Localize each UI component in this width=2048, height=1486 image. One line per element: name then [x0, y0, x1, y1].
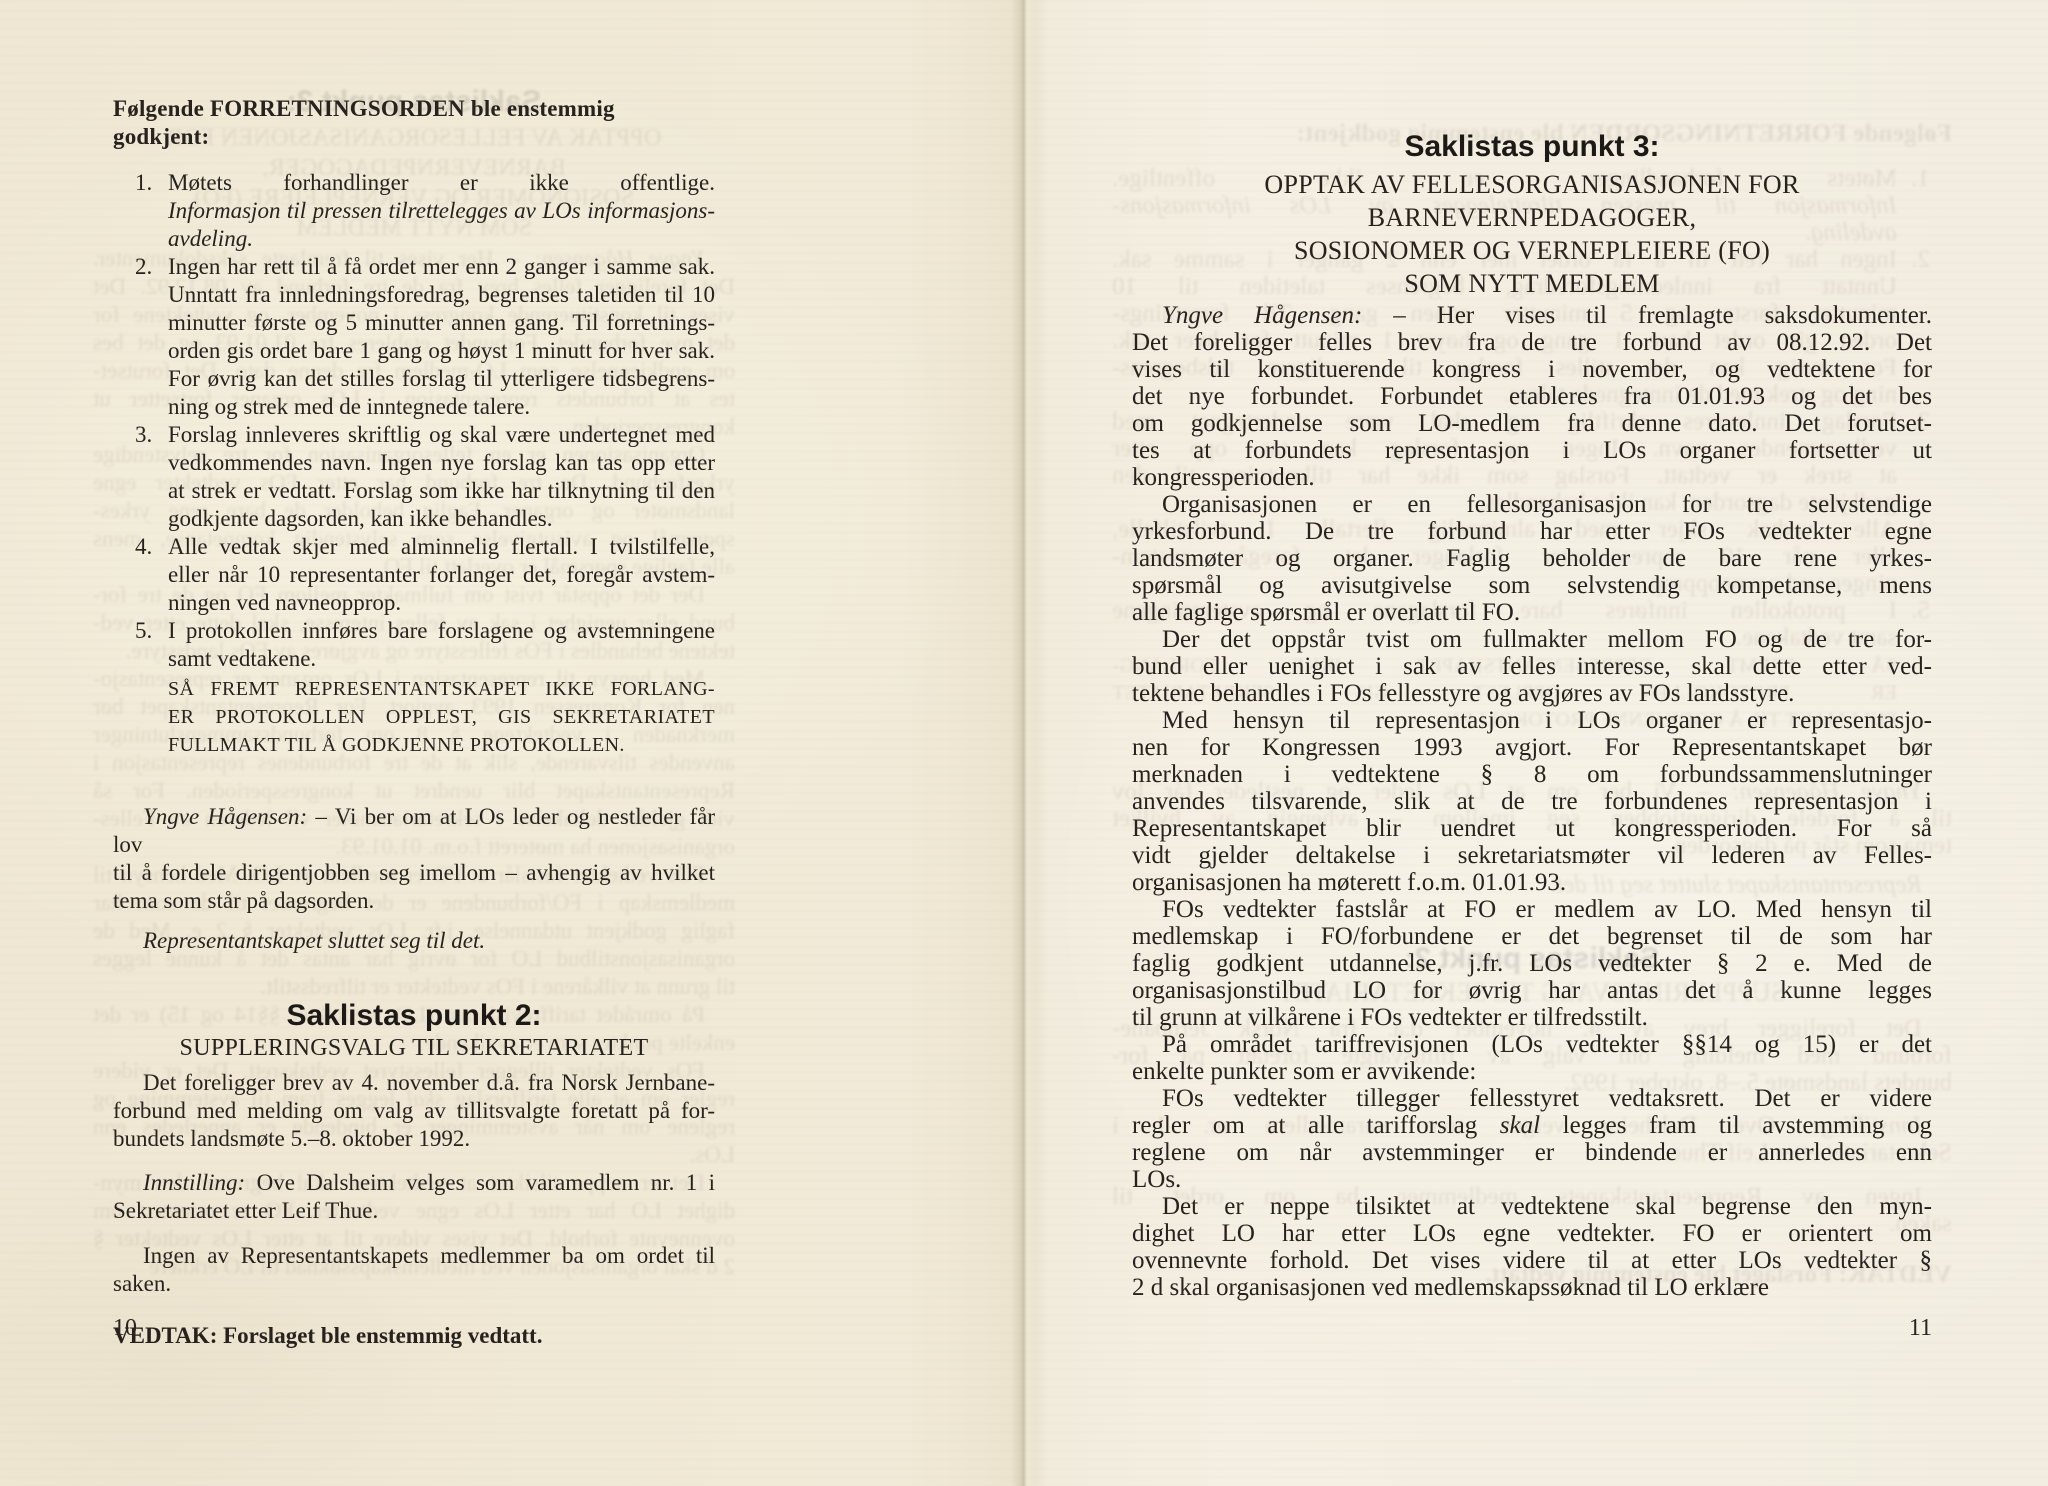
paragraph-line: reglene om når avstemminger er bindende …: [1132, 1139, 1932, 1166]
paragraph-line: bundets landsmøte 5.–8. oktober 1992.: [113, 1125, 715, 1153]
scanned-book-spread: { "document": { "kind": "scanned meeting…: [0, 0, 2048, 1486]
list-item-line: Møtets forhandlinger er ikke offentlige.: [168, 169, 715, 197]
list-item-line: vedkommendes navn. Ingen nye forslag kan…: [168, 449, 715, 477]
paragraph-line: Yngve Hågensen: – Her vises til fremlagt…: [1132, 302, 1932, 329]
right-page-text-column: Saklistas punkt 3:OPPTAK AV FELLESORGANI…: [1132, 130, 1932, 1301]
paragraph-line: vises til konstituerende kongress i nove…: [1132, 356, 1932, 383]
list-item-line: minutter første og 5 minutter annen gang…: [168, 309, 715, 337]
numbered-list-item: 1.Møtets forhandlinger er ikke offentlig…: [113, 169, 715, 253]
paragraph-line: tes at forbundets representasjon i LOs o…: [1132, 437, 1932, 464]
paragraph: Der det oppstår tvist om fullmakter mell…: [1132, 626, 1932, 707]
list-item-number: 1.: [135, 169, 152, 197]
list-item-line: I protokollen innføres bare forslagene o…: [168, 617, 715, 645]
paragraph-line: regler om at alle tarifforslag skal legg…: [1132, 1112, 1932, 1139]
list-item-line: eller når 10 representanter forlanger de…: [168, 561, 715, 589]
capitalized-resolution-text: SÅ FREMT REPRESENTANTSKAPET IKKE FORLANG…: [113, 675, 715, 759]
agenda-item-heading: Saklistas punkt 2:: [113, 999, 715, 1033]
list-item-line: Informasjon til pressen tilrettelegges a…: [168, 197, 715, 225]
paragraph-line: Det foreligger brev av 4. november d.å. …: [113, 1069, 715, 1097]
paragraph-line: tektene behandles i FOs fellesstyre og a…: [1132, 680, 1932, 707]
paragraph: Yngve Hågensen: – Vi ber om at LOs leder…: [113, 803, 715, 915]
paragraph: Innstilling: Ove Dalsheim velges som var…: [113, 1169, 715, 1225]
paragraph-line: om godkjennelse som LO-medlem fra denne …: [1132, 410, 1932, 437]
list-item-line: Forslag innleveres skriftlig og skal vær…: [168, 421, 715, 449]
paragraph-line: medlemskap i FO/forbundene er det begren…: [1132, 923, 1932, 950]
list-item-line: orden gis ordet bare 1 gang og høyst 1 m…: [168, 337, 715, 365]
paragraph-line: FOs vedtekter fastslår at FO er medlem a…: [1132, 896, 1932, 923]
paragraph-line: Representantskapet sluttet seg til det.: [113, 927, 715, 955]
page-number-right: 11: [1132, 1315, 1932, 1342]
book-gutter-crease: [1010, 0, 1036, 1486]
caps-line: SÅ FREMT REPRESENTANTSKAPET IKKE FORLANG…: [168, 675, 715, 703]
list-item-line: avdeling.: [168, 225, 715, 253]
paragraph-line: FOs vedtekter tillegger fellesstyret ved…: [1132, 1085, 1932, 1112]
list-item-line: Alle vedtak skjer med alminnelig flertal…: [168, 533, 715, 561]
numbered-list-item: 2.Ingen har rett til å få ordet mer enn …: [113, 253, 715, 421]
paragraph-line: organisasjonen ha møterett f.o.m. 01.01.…: [1132, 869, 1932, 896]
paragraph: Det er neppe tilsiktet at vedtektene ska…: [1132, 1193, 1932, 1301]
caps-line: ER PROTOKOLLEN OPPLEST, GIS SEKRETARIATE…: [168, 703, 715, 731]
paragraph: Representantskapet sluttet seg til det.: [113, 927, 715, 955]
decision-line: VEDTAK: Forslaget ble enstemmig vedtatt.: [113, 1322, 715, 1350]
list-item-line: For øvrig kan det stilles forslag til yt…: [168, 365, 715, 393]
paragraph-line: ovennevnte forhold. Det vises videre til…: [1132, 1247, 1932, 1274]
list-item-line: at strek er vedtatt. Forslag som ikke ha…: [168, 477, 715, 505]
list-item-number: 4.: [135, 533, 152, 561]
caps-line: FULLMAKT TIL Å GODKJENNE PROTOKOLLEN.: [168, 731, 715, 759]
paragraph-line: til grunn at vilkårene i FOs vedtekter e…: [1132, 1004, 1932, 1031]
paragraph: FOs vedtekter fastslår at FO er medlem a…: [1132, 896, 1932, 1031]
agenda-item-heading: Saklistas punkt 3:: [1132, 130, 1932, 164]
paragraph-line: På området tariffrevisjonen (LOs vedtekt…: [1132, 1031, 1932, 1058]
numbered-list-item: 3.Forslag innleveres skriftlig og skal v…: [113, 421, 715, 533]
paragraph-line: Sekretariatet etter Leif Thue.: [113, 1197, 715, 1225]
paragraph-line: alle faglige spørsmål er overlatt til FO…: [1132, 599, 1932, 626]
paragraph: Yngve Hågensen: – Her vises til fremlagt…: [1132, 302, 1932, 491]
paragraph-line: yrkesforbund. De tre forbund har etter F…: [1132, 518, 1932, 545]
paragraph-line: saken.: [113, 1270, 715, 1298]
agenda-item-subheading: OPPTAK AV FELLESORGANISASJONEN FORBARNEV…: [1132, 168, 1932, 300]
list-item-line: ning og strek med de inntegnede talere.: [168, 393, 715, 421]
page-number-left: 10: [113, 1315, 137, 1342]
paragraph: FOs vedtekter tillegger fellesstyret ved…: [1132, 1085, 1932, 1193]
paragraph-line: organisasjonstilbud LO for øvrig har ant…: [1132, 977, 1932, 1004]
subheading-line: BARNEVERNPEDAGOGER,: [1132, 201, 1932, 234]
paragraph-line: enkelte punkter som er avvikende:: [1132, 1058, 1932, 1085]
paragraph-line: 2 d skal organisasjonen ved medlemskapss…: [1132, 1274, 1932, 1301]
paragraph-line: nen for Kongressen 1993 avgjort. For Rep…: [1132, 734, 1932, 761]
list-item-number: 5.: [135, 617, 152, 645]
paragraph-line: det nye forbundet. Forbundet etableres f…: [1132, 383, 1932, 410]
paragraph-line: anvendes tilsvarende, slik at de tre for…: [1132, 788, 1932, 815]
list-item-number: 2.: [135, 253, 152, 281]
paragraph-line: Organisasjonen er en fellesorganisasjon …: [1132, 491, 1932, 518]
paragraph-line: landsmøter og organer. Faglig beholder d…: [1132, 545, 1932, 572]
paragraph-line: Der det oppstår tvist om fullmakter mell…: [1132, 626, 1932, 653]
numbered-list-item: 5.I protokollen innføres bare forslagene…: [113, 617, 715, 673]
paragraph-line: faglig godkjent utdannelse, j.fr. LOs ve…: [1132, 950, 1932, 977]
paragraph: Det foreligger brev av 4. november d.å. …: [113, 1069, 715, 1153]
left-page-text-column: Følgende FORRETNINGSORDEN ble enstemmig …: [113, 95, 715, 1350]
paragraph-line: kongressperioden.: [1132, 464, 1932, 491]
paragraph: På området tariffrevisjonen (LOs vedtekt…: [1132, 1031, 1932, 1085]
left-page: Saklistas punkt 3:OPPTAK AV FELLESORGANI…: [113, 95, 715, 1350]
paragraph-line: merknaden i vedtektene § 8 om forbundssa…: [1132, 761, 1932, 788]
paragraph-line: til å fordele dirigentjobben seg imellom…: [113, 859, 715, 887]
paragraph-line: Representantskapet blir uendret ut kongr…: [1132, 815, 1932, 842]
list-item-number: 3.: [135, 421, 152, 449]
paragraph-line: LOs.: [1132, 1166, 1932, 1193]
right-page: Følgende FORRETNINGSORDEN ble enstemmig …: [1132, 130, 1932, 1301]
subheading-line: SUPPLERINGSVALG TIL SEKRETARIATET: [113, 1033, 715, 1063]
paragraph-line: forbund med melding om valg av tillitsva…: [113, 1097, 715, 1125]
paragraph-line: Det foreligger felles brev fra de tre fo…: [1132, 329, 1932, 356]
list-item-line: Unntatt fra innledningsforedrag, begrens…: [168, 281, 715, 309]
paragraph-line: vidt gjelder deltakelse i sekretariatsmø…: [1132, 842, 1932, 869]
paragraph-line: dighet LO har etter LOs egne vedtekter. …: [1132, 1220, 1932, 1247]
paragraph-line: Det er neppe tilsiktet at vedtektene ska…: [1132, 1193, 1932, 1220]
list-item-line: samt vedtakene.: [168, 645, 715, 673]
paragraph-line: Innstilling: Ove Dalsheim velges som var…: [113, 1169, 715, 1197]
list-item-line: ningen ved navneopprop.: [168, 589, 715, 617]
paragraph-line: spørsmål og avisutgivelse som selvstendi…: [1132, 572, 1932, 599]
numbered-list-item: 4.Alle vedtak skjer med alminnelig flert…: [113, 533, 715, 617]
paragraph-line: tema som står på dagsorden.: [113, 887, 715, 915]
list-item-line: Ingen har rett til å få ordet mer enn 2 …: [168, 253, 715, 281]
paragraph-line: bund eller uenighet i sak av felles inte…: [1132, 653, 1932, 680]
paragraph: Ingen av Representantskapets medlemmer b…: [113, 1242, 715, 1298]
agenda-item-subheading: SUPPLERINGSVALG TIL SEKRETARIATET: [113, 1033, 715, 1063]
paragraph-line: Med hensyn til representasjon i LOs orga…: [1132, 707, 1932, 734]
lead-heading: Følgende FORRETNINGSORDEN ble enstemmig …: [113, 95, 715, 151]
paragraph: Med hensyn til representasjon i LOs orga…: [1132, 707, 1932, 896]
paragraph-line: Yngve Hågensen: – Vi ber om at LOs leder…: [113, 803, 715, 859]
subheading-line: OPPTAK AV FELLESORGANISASJONEN FOR: [1132, 168, 1932, 201]
paragraph-line: Ingen av Representantskapets medlemmer b…: [113, 1242, 715, 1270]
subheading-line: SOM NYTT MEDLEM: [1132, 267, 1932, 300]
list-item-line: godkjente dagsorden, kan ikke behandles.: [168, 505, 715, 533]
subheading-line: SOSIONOMER OG VERNEPLEIERE (FO): [1132, 234, 1932, 267]
paragraph: Organisasjonen er en fellesorganisasjon …: [1132, 491, 1932, 626]
